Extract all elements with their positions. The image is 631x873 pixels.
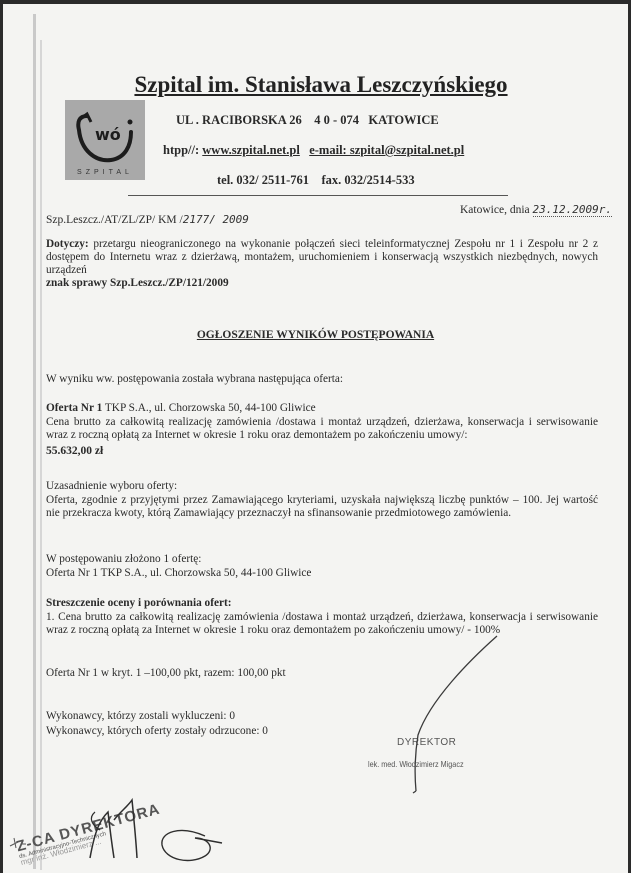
subject-text: przetargu nieograniczonego na wykonanie … (46, 238, 598, 276)
evaluation-score: Oferta Nr 1 w kryt. 1 –100,00 pkt, razem… (46, 667, 286, 679)
evaluation-label: Streszczenie oceny i porównania ofert: (46, 597, 232, 609)
subject-label: Dotyczy: (46, 238, 89, 250)
reference-prefix: Szp.Leszcz./AT/ZL/ZP/ KM / (46, 214, 183, 226)
header-divider (128, 195, 508, 196)
website-link[interactable]: www.szpital.net.pl (202, 143, 300, 157)
binding-mark (33, 14, 36, 869)
director-stamp-name: lek. med. Włodzimierz Migacz (368, 759, 464, 769)
submitted-offer: Oferta Nr 1 TKP S.A., ul. Chorzowska 50,… (46, 567, 311, 579)
date-label: Katowice, dnia (460, 204, 533, 216)
handwritten-number: 2177/ 2009 (183, 213, 249, 226)
scan-border-top (0, 0, 631, 4)
price-description: Cena brutto za całkowitą realizację zamó… (46, 416, 598, 442)
hospital-contacts: htpp//: www.szpital.net.pl e-mail: szpit… (163, 143, 464, 158)
fax-number: fax. 032/2514-533 (322, 173, 415, 187)
scan-border-left (0, 0, 3, 873)
binding-mark (40, 40, 42, 870)
email-link[interactable]: e-mail: szpital@szpital.net.pl (309, 143, 464, 157)
rejected-count: Wykonawcy, których oferty zostały odrzuc… (46, 725, 268, 737)
hospital-phones: tel. 032/ 2511-761 fax. 032/2514-533 (217, 173, 415, 188)
director-stamp-title: DYREKTOR (397, 737, 456, 748)
excluded-count: Wykonawcy, którzy zostali wykluczeni: 0 (46, 710, 235, 722)
web-prefix: htpp//: (163, 143, 202, 157)
phone-number: tel. 032/ 2511-761 (217, 173, 309, 187)
selection-intro: W wyniku ww. postępowania została wybran… (46, 373, 343, 385)
announcement-title: OGŁOSZENIE WYNIKÓW POSTĘPOWANIA (0, 329, 631, 341)
offer-label: Oferta Nr 1 (46, 402, 102, 414)
reference-number: Szp.Leszcz./AT/ZL/ZP/ KM /2177/ 2009 (46, 213, 249, 226)
hospital-logo: wó SZPITAL (65, 100, 145, 180)
evaluation-criterion: 1. Cena brutto za całkowitą realizację z… (46, 611, 598, 637)
logo-caption: SZPITAL (65, 169, 145, 176)
hospital-name: Szpital im. Stanisława Leszczyńskiego (131, 72, 511, 98)
offer-amount: 55.632,00 zł (46, 445, 103, 457)
handwritten-date: 23.12.2009r. (533, 203, 612, 217)
submitted-label: W postępowaniu złożono 1 ofertę: (46, 553, 201, 565)
case-number: znak sprawy Szp.Leszcz./ZP/121/2009 (46, 277, 229, 289)
offer-company: TKP S.A., ul. Chorzowska 50, 44-100 Gliw… (102, 402, 315, 414)
svg-text:wó: wó (95, 125, 121, 144)
smile-logo-icon: wó (65, 100, 145, 180)
deputy-stamp: Z-CA DYREKTORA ds. Administracyjno-Techn… (14, 801, 165, 867)
document-date: Katowice, dnia 23.12.2009r. (460, 203, 612, 216)
subject-paragraph: Dotyczy: przetargu nieograniczonego na w… (46, 238, 598, 277)
justification-text: Oferta, zgodnie z przyjętymi przez Zamaw… (46, 494, 598, 520)
selected-offer: Oferta Nr 1 TKP S.A., ul. Chorzowska 50,… (46, 402, 316, 414)
justification-label: Uzasadnienie wyboru oferty: (46, 480, 177, 492)
hospital-address: UL . RACIBORSKA 26 4 0 - 074 KATOWICE (176, 113, 439, 128)
